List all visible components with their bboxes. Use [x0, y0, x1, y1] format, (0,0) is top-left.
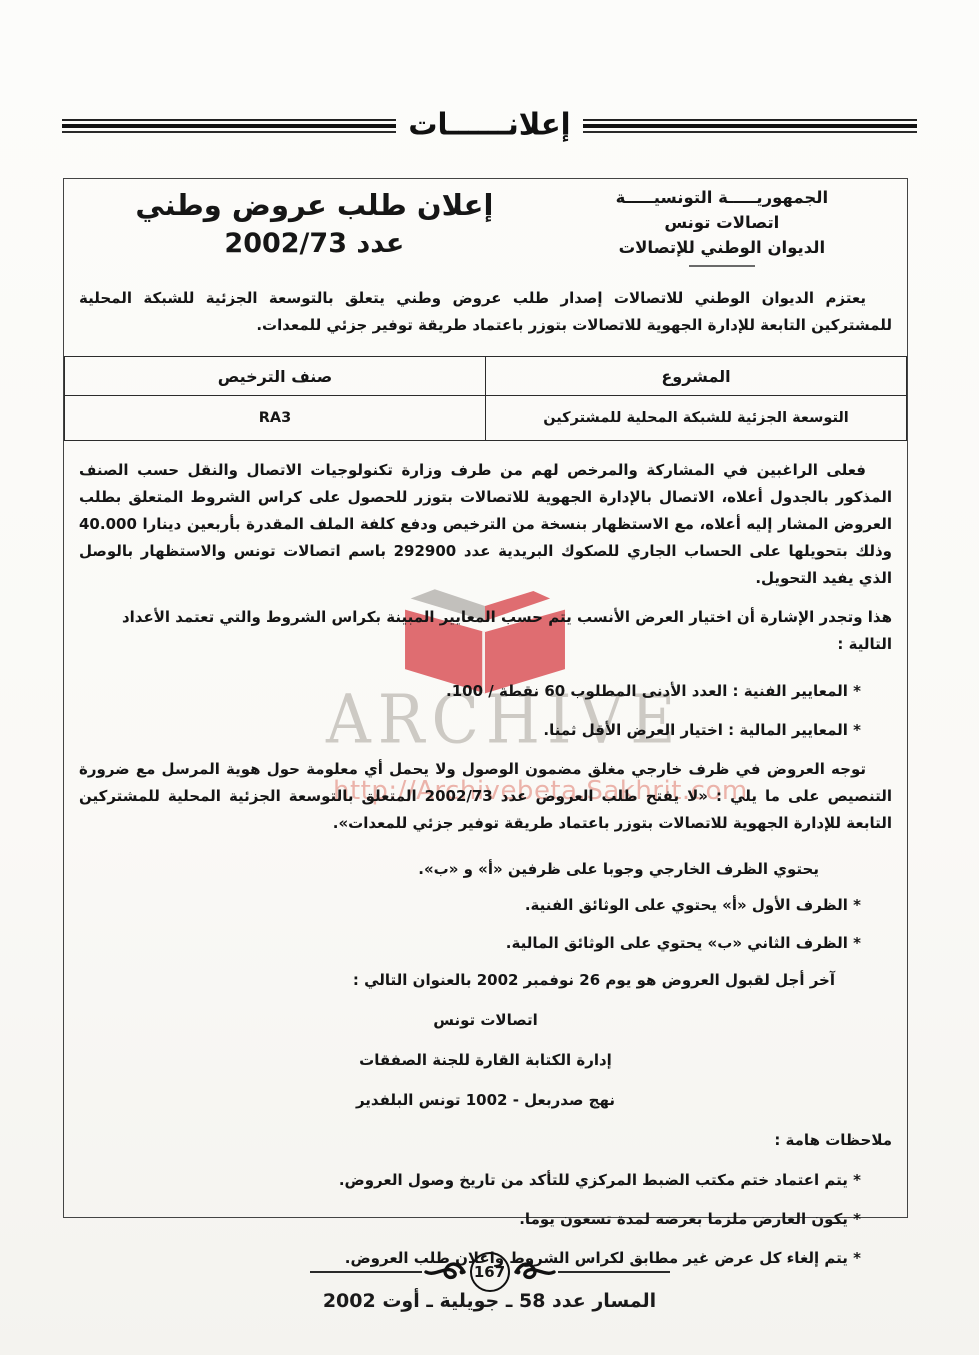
announcement-frame: الجمهوريـــــة التونسيـــــة اتصالات تون…: [63, 178, 908, 1218]
org-line-office: الديوان الوطني للإتصالات: [551, 235, 893, 260]
col-header-project: المشروع: [486, 357, 907, 396]
criteria-bullet-financial: * المعايير المالية : اختيار العرض الأقل …: [79, 717, 861, 744]
org-line-telecom: اتصالات تونس: [551, 210, 893, 235]
project-license-table: المشروع صنف الترخيص التوسعة الجزئية للشب…: [64, 356, 907, 441]
criteria-intro: هذا وتجدر الإشارة أن اختيار العرض الأنسب…: [79, 604, 892, 658]
envelope-paragraph: توجه العروض في ظرف خارجي مغلق مضمون الوص…: [79, 756, 892, 837]
criteria-bullet-technical: * المعايير الفنية : العدد الأدنى المطلوب…: [79, 678, 861, 705]
ornament-swirl-icon: [424, 1259, 466, 1285]
participation-paragraph: فعلى الراغبين في المشاركة والمرخص لهم من…: [79, 457, 892, 592]
scanned-document-page: ARCHIVE http://Archivebeta.Sakhrit.com إ…: [0, 0, 979, 1355]
page-number-badge: 167: [470, 1252, 510, 1292]
org-underline: [689, 265, 755, 267]
announcements-banner: إعلانــــــات: [62, 106, 917, 146]
cell-project: التوسعة الجزئية للشبكة المحلية للمشتركين: [486, 396, 907, 441]
masthead: الجمهوريـــــة التونسيـــــة اتصالات تون…: [78, 185, 893, 267]
banner-rule-left: [62, 119, 396, 133]
note-bullet-stamp: * يتم اعتماد ختم مكتب الضبط المركزي للتأ…: [79, 1167, 861, 1194]
tender-title-line1: إعلان طلب عروض وطني: [78, 185, 551, 225]
tender-title: إعلان طلب عروض وطني عدد 2002/73: [78, 185, 551, 267]
notes-title: ملاحظات هامة :: [79, 1127, 892, 1154]
note-bullet-validity: * يكون العارض ملزما بعرضه لمدة تسعون يوم…: [79, 1206, 861, 1233]
intro-paragraph: يعتزم الديوان الوطني للاتصالات إصدار طلب…: [79, 285, 892, 339]
banner-rule-right: [583, 119, 917, 133]
footer-rule-left: [310, 1271, 422, 1273]
col-header-license: صنف الترخيص: [65, 357, 486, 396]
footer-ornament-row: 167: [0, 1252, 979, 1292]
tender-title-line2: عدد 2002/73: [78, 225, 551, 262]
issuing-organization: الجمهوريـــــة التونسيـــــة اتصالات تون…: [551, 185, 893, 267]
table-header-row: المشروع صنف الترخيص: [65, 357, 907, 396]
journal-issue-line: المسار عدد 58 ـ جويلية ـ أوت 2002: [0, 1290, 979, 1312]
org-line-republic: الجمهوريـــــة التونسيـــــة: [551, 185, 893, 210]
footer-rule-right: [558, 1271, 670, 1273]
cell-license: RA3: [65, 396, 486, 441]
deadline-line: آخر أجل لقبول العروض هو يوم 26 نوفمبر 20…: [79, 967, 835, 994]
address-line-2: إدارة الكتابة القارة للجنة الصفقات: [79, 1047, 892, 1074]
address-line-1: اتصالات تونس: [79, 1007, 892, 1034]
envelope-bullet-b: * الظرف الثاني «ب» يحتوي على الوثائق الم…: [79, 930, 861, 957]
envelope-bullet-a: * الظرف الأول «أ» يحتوي على الوثائق الفن…: [79, 892, 861, 919]
envelope-note: يحتوي الظرف الخارجي وجوبا على ظرفين «أ» …: [79, 856, 819, 883]
table-row: التوسعة الجزئية للشبكة المحلية للمشتركين…: [65, 396, 907, 441]
banner-title: إعلانــــــات: [396, 106, 582, 142]
ornament-swirl-icon: [514, 1259, 556, 1285]
address-line-3: نهج صدربعل - 1002 تونس البلفدير: [79, 1087, 892, 1114]
